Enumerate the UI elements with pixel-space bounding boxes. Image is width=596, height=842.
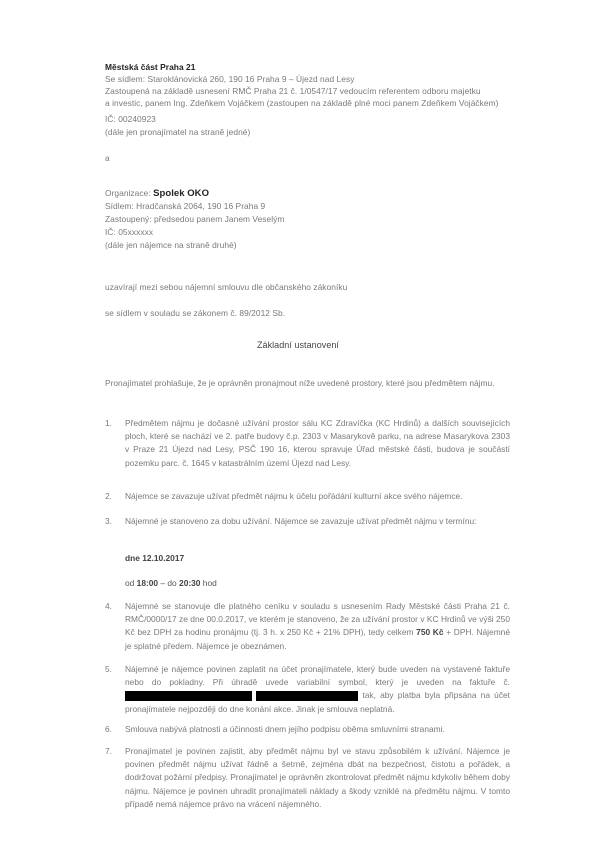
list-item: 4. Nájemné se stanovuje dle platného cen… [105,600,510,653]
tenant-line: Organizace: Spolek OKO [105,188,209,200]
rent-amount: 750 Kč [416,627,443,637]
item-number: 3. [105,515,117,528]
list-item: 1. Předmětem nájmu je dočasné užívání pr… [105,417,510,470]
list-item: 7. Pronajímatel je povinen zajistit, aby… [105,745,510,811]
time-prefix: od [125,578,137,588]
tenant-label: Organizace: [105,188,151,198]
list-item: 6. Smlouva nabývá platnosti a účinnosti … [105,723,510,736]
landlord-representative-cont: a investic, panem Ing. Zdeňkem Vojáčkem … [105,98,498,109]
conjunction: a [105,153,110,164]
item-number: 2. [105,490,117,503]
item-text: Nájemné je stanoveno za dobu užívání. Ná… [125,515,510,528]
time-mid: – do [158,578,179,588]
item-text: Nájemce se zavazuje užívat předmět nájmu… [125,490,510,503]
landlord-ico: IČ: 00240923 [105,114,156,125]
landlord-role: (dále jen pronajímatel na straně jedné) [105,127,250,138]
lease-date-value: dne 12.10.2017 [125,553,184,563]
redaction-bar [125,691,252,701]
tenant-role: (dále jen nájemce na straně druhé) [105,240,237,251]
item-text: Smlouva nabývá platnosti a účinnosti dne… [125,723,510,736]
preamble: Pronajímatel prohlašuje, že je oprávněn … [105,377,505,390]
tenant-address: Sídlem: Hradčanská 2064, 190 16 Praha 9 [105,201,265,212]
tenant-name: Spolek OKO [153,188,209,199]
intro-line-1: uzavírají mezi sebou nájemní smlouvu dle… [105,282,347,293]
item-number: 7. [105,745,117,758]
item-number: 6. [105,723,117,736]
item-text: Nájemné se stanovuje dle platného ceníku… [125,600,510,653]
item-number: 5. [105,663,117,676]
list-item: 5. Nájemné je nájemce povinen zaplatit n… [105,663,510,716]
time-from: 18:00 [137,578,158,588]
tenant-representative: Zastoupený: předsedou panem Janem Veselý… [105,214,284,225]
list-item: 2. Nájemce se zavazuje užívat předmět ná… [105,490,510,503]
section-title: Základní ustanovení [0,340,596,351]
time-suffix: hod [200,578,216,588]
list-item: 3. Nájemné je stanoveno za dobu užívání.… [105,515,510,528]
document-page: Městská část Praha 21 Se sídlem: Starokl… [0,0,596,842]
time-to: 20:30 [179,578,200,588]
item-text-before: Nájemné je nájemce povinen zaplatit na ú… [125,664,510,687]
lease-time: od 18:00 – do 20:30 hod [125,578,217,589]
item-text: Předmětem nájmu je dočasné užívání prost… [125,417,510,470]
landlord-name: Městská část Praha 21 [105,62,195,73]
lease-date: dne 12.10.2017 [125,553,184,564]
landlord-representative: Zastoupená na základě usnesení RMČ Praha… [105,86,481,97]
item-text: Pronajímatel je povinen zajistit, aby př… [125,745,510,811]
item-text: Nájemné je nájemce povinen zaplatit na ú… [125,663,510,716]
landlord-address: Se sídlem: Staroklánovická 260, 190 16 P… [105,74,354,85]
item-number: 4. [105,600,117,613]
redaction-bar [256,691,358,701]
intro-line-2: se sídlem v souladu se zákonem č. 89/201… [105,308,285,319]
tenant-ico: IČ: 05xxxxxx [105,227,153,238]
item-number: 1. [105,417,117,430]
